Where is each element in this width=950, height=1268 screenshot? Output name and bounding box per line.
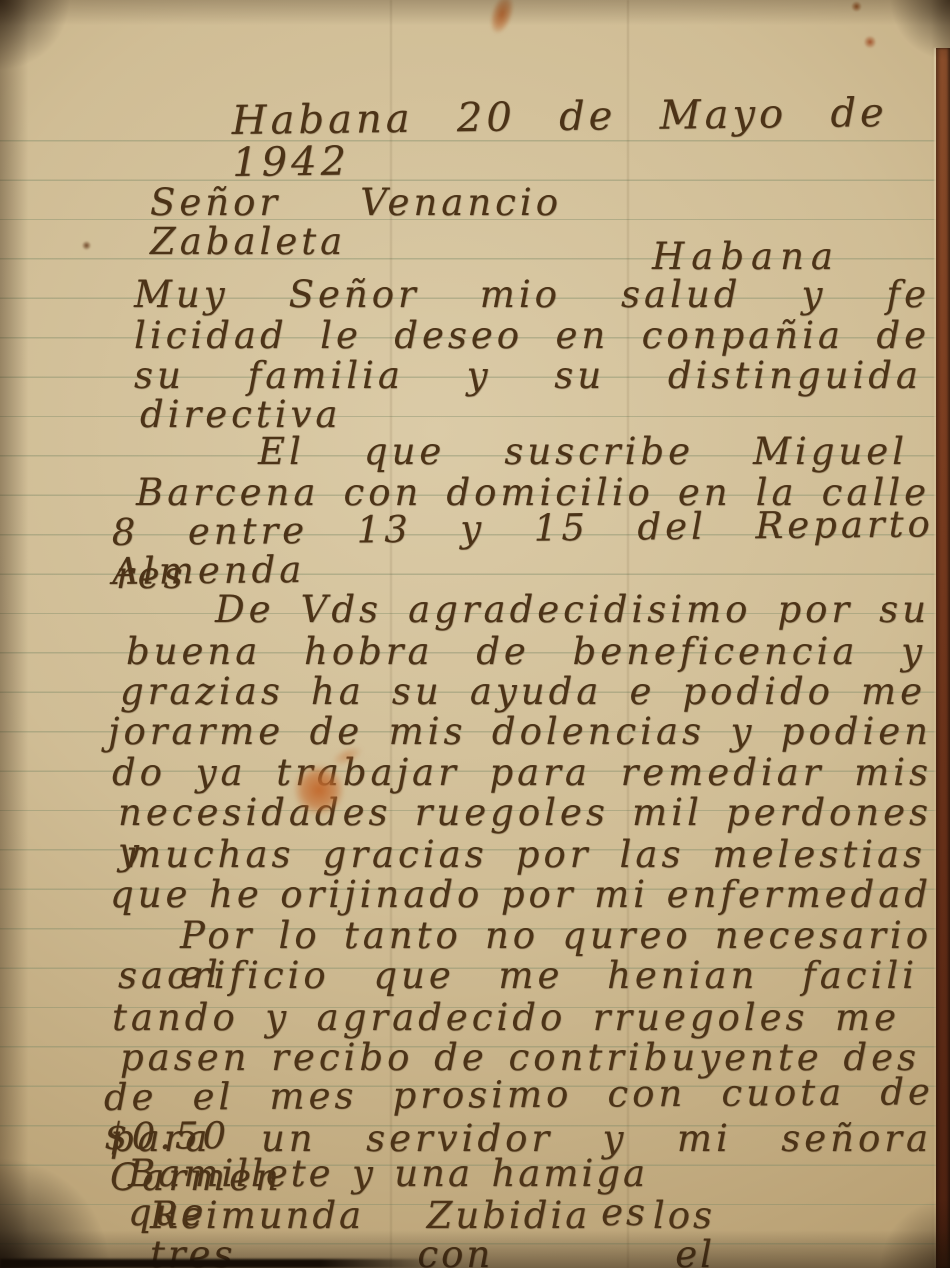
handwriting-line: licidad le deseo en conpañia de: [134, 317, 930, 356]
handwriting-line: muchas gracias por las melestias: [126, 836, 926, 875]
handwriting-line: De Vds agradecidisimo por su: [215, 591, 930, 630]
handwriting-line: Reimunda Zubidia los tres con el: [150, 1197, 715, 1268]
rust-stain: [486, 0, 517, 36]
shadow-band: [0, 1259, 445, 1268]
handwriting-line: Muy Señor mio salud y fe: [134, 276, 930, 315]
letter-page: Habana 20 de Mayo de 1942 Señor Venancio…: [0, 0, 950, 1268]
handwriting-line: su familia y su distinguida: [134, 357, 922, 396]
rust-stain: [864, 35, 876, 49]
handwriting-line: res: [116, 557, 187, 596]
handwriting-line-recipient: Señor Venancio Zabaleta: [150, 184, 562, 262]
rust-stain: [294, 764, 344, 816]
handwriting-line-place: Habana: [652, 238, 840, 277]
handwriting-line: que he orijinado por mi enfermedad: [110, 876, 932, 915]
handwriting-line: El que suscribe Miguel: [258, 433, 908, 472]
handwriting-line: buena hobra de beneficencia y: [126, 633, 926, 672]
handwriting-line: 8 entre 13 y 15 del Reparto Almenda: [112, 505, 935, 591]
handwriting-line-date: Habana 20 de Mayo de 1942: [231, 92, 888, 184]
handwriting-line: do ya trabajar para remediar mis: [112, 754, 932, 793]
handwriting-line: tando y agradecido rruegoles me: [112, 999, 900, 1038]
rust-stain: [851, 1, 862, 12]
handwriting-line: jorarme de mis dolencias y podien: [108, 713, 932, 752]
handwriting-line: grazias ha su ayuda e podido me: [120, 673, 926, 712]
handwriting-line: sacrificio que me henian facili: [118, 957, 918, 996]
book-edge: [936, 48, 950, 1268]
ink-spot: [82, 241, 91, 250]
